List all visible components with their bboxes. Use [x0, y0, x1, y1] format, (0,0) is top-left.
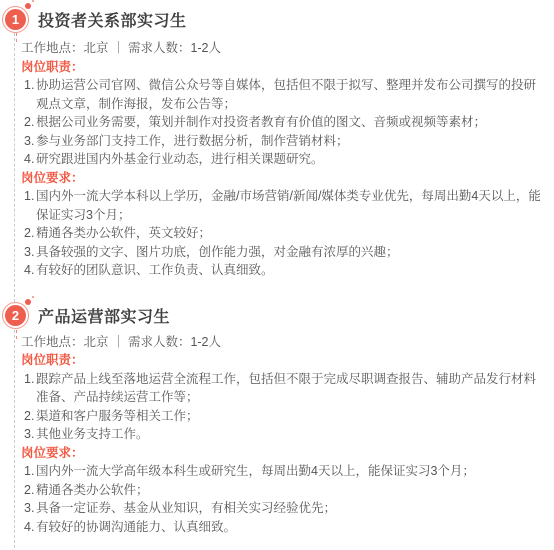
list-item: 根据公司业务需要，策划并制作对投资者教育有价值的图文、音频或视频等素材； — [24, 113, 544, 132]
job-header: 2 产品运营部实习生 — [2, 302, 548, 330]
job-title: 产品运营部实习生 — [38, 304, 170, 327]
requirements-label: 岗位要求： — [21, 444, 544, 463]
job-postings-page: 1 投资者关系部实习生 工作地点：北京 ｜ 需求人数：1-2人 岗位职责： 协助… — [0, 0, 554, 548]
section-number: 2 — [5, 305, 26, 326]
badge-spark-dot — [25, 299, 31, 305]
list-item: 跟踪产品上线至落地运营全流程工作，包括但不限于完成尽职调查报告、辅助产品发行材料… — [24, 370, 544, 407]
badge-tail-line — [16, 330, 17, 339]
section-number-badge: 2 — [2, 302, 29, 329]
list-item: 国内外一流大学本科以上学历，金融/市场营销/新闻/媒体类专业优先，每周出勤4天以… — [24, 187, 544, 224]
list-item: 具备较强的文字、图片功底，创作能力强，对金融有浓厚的兴趣； — [24, 243, 544, 262]
requirements-list: 国内外一流大学高年级本科生或研究生，每周出勤4天以上，能保证实习3个月；精通各类… — [21, 462, 544, 536]
list-item: 研究跟进国内外基金行业动态，进行相关课题研究。 — [24, 150, 544, 169]
duties-label: 岗位职责： — [21, 58, 544, 77]
job-header: 1 投资者关系部实习生 — [2, 5, 548, 33]
duties-list: 跟踪产品上线至落地运营全流程工作，包括但不限于完成尽职调查报告、辅助产品发行材料… — [21, 370, 544, 444]
job-body: 工作地点：北京 ｜ 需求人数：1-2人 岗位职责： 跟踪产品上线至落地运营全流程… — [14, 330, 548, 549]
list-item: 其他业务支持工作。 — [24, 425, 544, 444]
job-meta-line: 工作地点：北京 ｜ 需求人数：1-2人 — [21, 333, 544, 352]
list-item: 有较好的协调沟通能力、认真细致。 — [24, 518, 544, 537]
job-section-1: 1 投资者关系部实习生 工作地点：北京 ｜ 需求人数：1-2人 岗位职责： 协助… — [2, 5, 548, 302]
section-number-badge: 1 — [2, 6, 29, 33]
list-item: 协助运营公司官网、微信公众号等自媒体，包括但不限于拟写、整理并发布公司撰写的投研… — [24, 76, 544, 113]
job-section-2: 2 产品运营部实习生 工作地点：北京 ｜ 需求人数：1-2人 岗位职责： 跟踪产… — [2, 302, 548, 549]
list-item: 参与业务部门支持工作，进行数据分析，制作营销材料； — [24, 132, 544, 151]
list-item: 具备一定证券、基金从业知识，有相关实习经验优先； — [24, 499, 544, 518]
list-item: 有较好的团队意识、工作负责、认真细致。 — [24, 261, 544, 280]
requirements-label: 岗位要求： — [21, 169, 544, 188]
list-item: 精通各类办公软件； — [24, 481, 544, 500]
job-meta-line: 工作地点：北京 ｜ 需求人数：1-2人 — [21, 39, 544, 58]
section-number: 1 — [5, 9, 26, 30]
list-item: 精通各类办公软件，英文较好； — [24, 224, 544, 243]
duties-list: 协助运营公司官网、微信公众号等自媒体，包括但不限于拟写、整理并发布公司撰写的投研… — [21, 76, 544, 169]
job-body: 工作地点：北京 ｜ 需求人数：1-2人 岗位职责： 协助运营公司官网、微信公众号… — [14, 33, 548, 302]
job-title: 投资者关系部实习生 — [38, 8, 187, 31]
badge-spark-dot — [25, 3, 31, 9]
duties-label: 岗位职责： — [21, 351, 544, 370]
list-item: 渠道和客户服务等相关工作； — [24, 407, 544, 426]
badge-tail-line — [16, 33, 17, 42]
requirements-list: 国内外一流大学本科以上学历，金融/市场营销/新闻/媒体类专业优先，每周出勤4天以… — [21, 187, 544, 280]
list-item: 国内外一流大学高年级本科生或研究生，每周出勤4天以上，能保证实习3个月； — [24, 462, 544, 481]
